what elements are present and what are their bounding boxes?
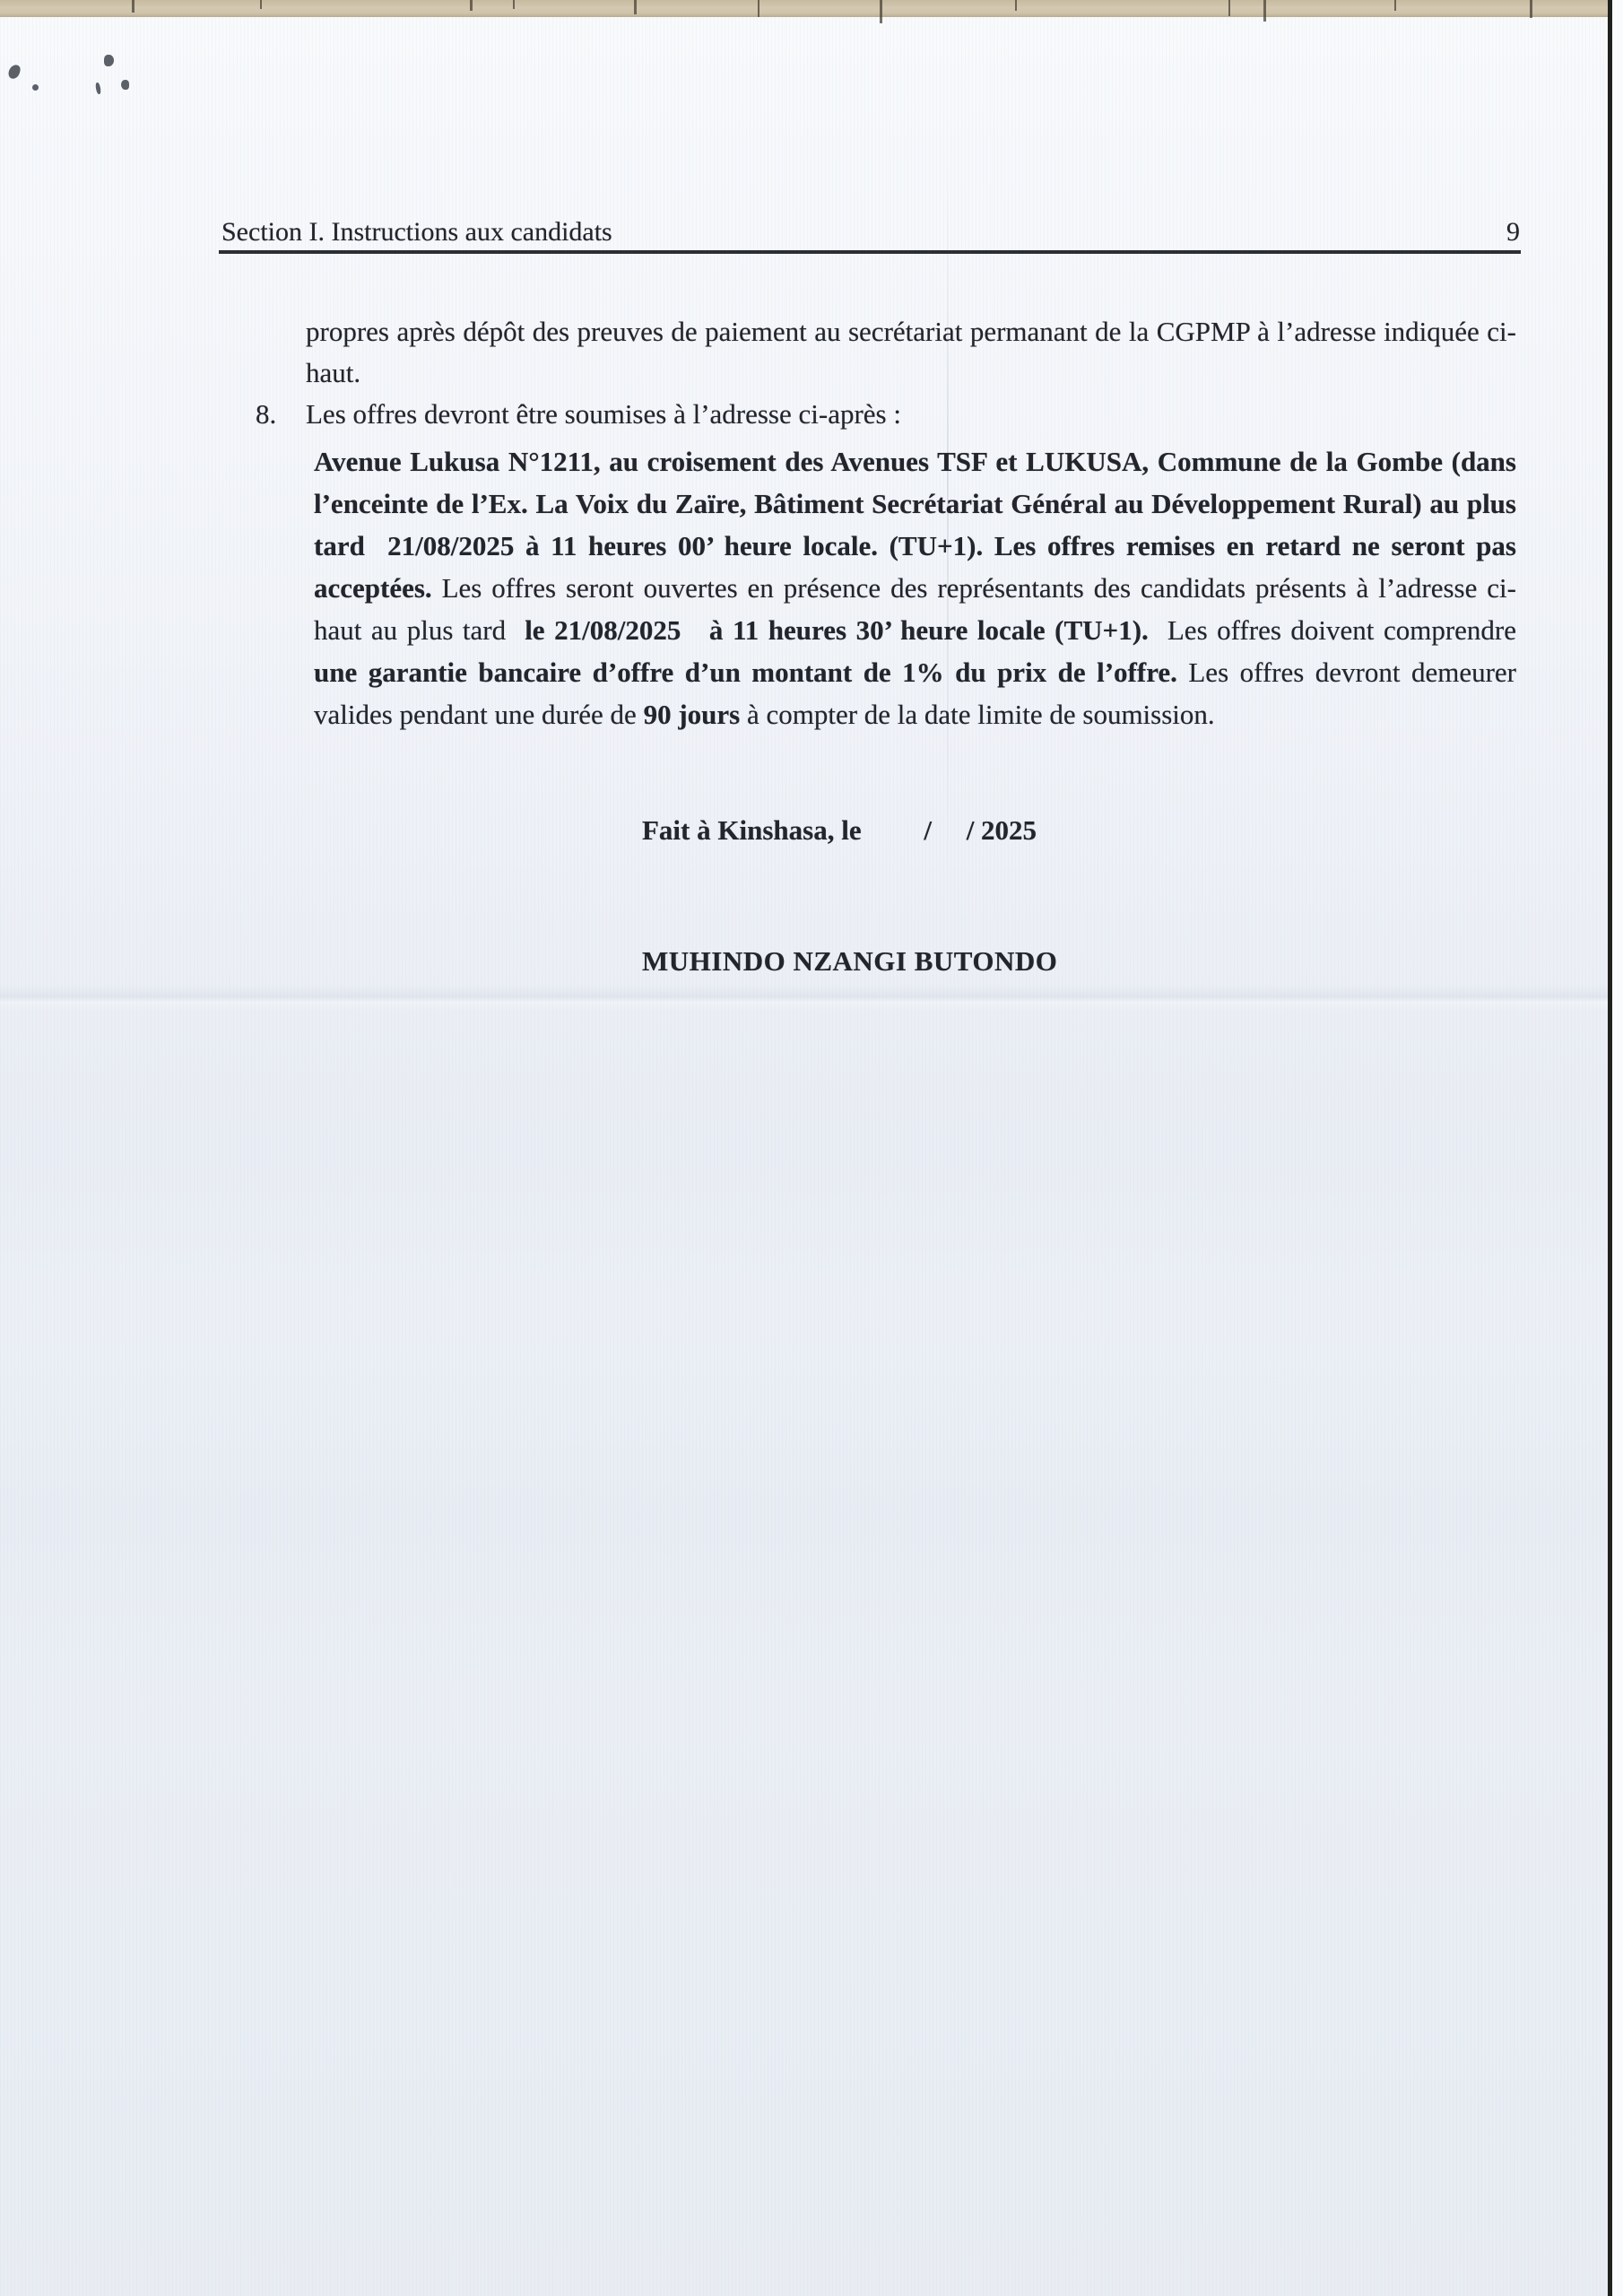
ink-speck (32, 84, 39, 91)
text-segment: Les offres doivent comprendre (1149, 614, 1523, 646)
ink-speck (95, 83, 101, 95)
scan-artifact (1015, 0, 1017, 11)
ink-speck (104, 55, 114, 66)
document-body: propres après dépôt des preuves de paiem… (256, 311, 1516, 735)
list-item-text: Les offres devront être soumises à l’adr… (306, 394, 901, 435)
ink-speck (7, 64, 22, 81)
scan-artifact (1530, 0, 1532, 18)
page-number: 9 (1506, 217, 1520, 248)
scan-artifact (260, 0, 262, 9)
scan-artifact (1394, 0, 1396, 11)
scan-artifact (758, 0, 759, 17)
text-segment-bold: une garantie bancaire d’offre d’un monta… (314, 657, 1177, 688)
offer-details-paragraph: Avenue Lukusa N°1211, au croisement des … (314, 440, 1516, 735)
text-segment: à compter de la date limite de soumissio… (740, 699, 1214, 730)
signature-date-line: Fait à Kinshasa, le / / 2025 (642, 814, 1037, 847)
scanner-edge-strip (0, 0, 1608, 17)
scan-artifact (513, 0, 515, 9)
section-title: Section I. Instructions aux candidats (221, 217, 612, 248)
scanned-document-page: Section I. Instructions aux candidats 9 … (0, 0, 1623, 2296)
scan-artifact (470, 0, 473, 11)
ink-speck (121, 80, 129, 90)
scan-artifact (880, 0, 882, 23)
paper-fold-shadow (0, 985, 1608, 1012)
text-segment-bold: le 21/08/2025 à 11 heures 30’ heure loca… (525, 614, 1149, 646)
text-segment-bold: 90 jours (644, 699, 741, 730)
scan-artifact (1263, 0, 1266, 22)
scan-artifact (132, 0, 135, 13)
scan-artifact (1228, 0, 1230, 16)
scan-artifact (634, 0, 637, 14)
list-item-marker: 8. (256, 394, 306, 435)
page-edge-highlight (1612, 0, 1623, 2296)
page-header: Section I. Instructions aux candidats 9 (221, 217, 1520, 248)
signatory-name: MUHINDO NZANGI BUTONDO (642, 945, 1057, 978)
header-rule (219, 250, 1521, 254)
paragraph-continuation: propres après dépôt des preuves de paiem… (306, 311, 1516, 394)
list-item-8: 8. Les offres devront être soumises à l’… (256, 394, 1516, 435)
